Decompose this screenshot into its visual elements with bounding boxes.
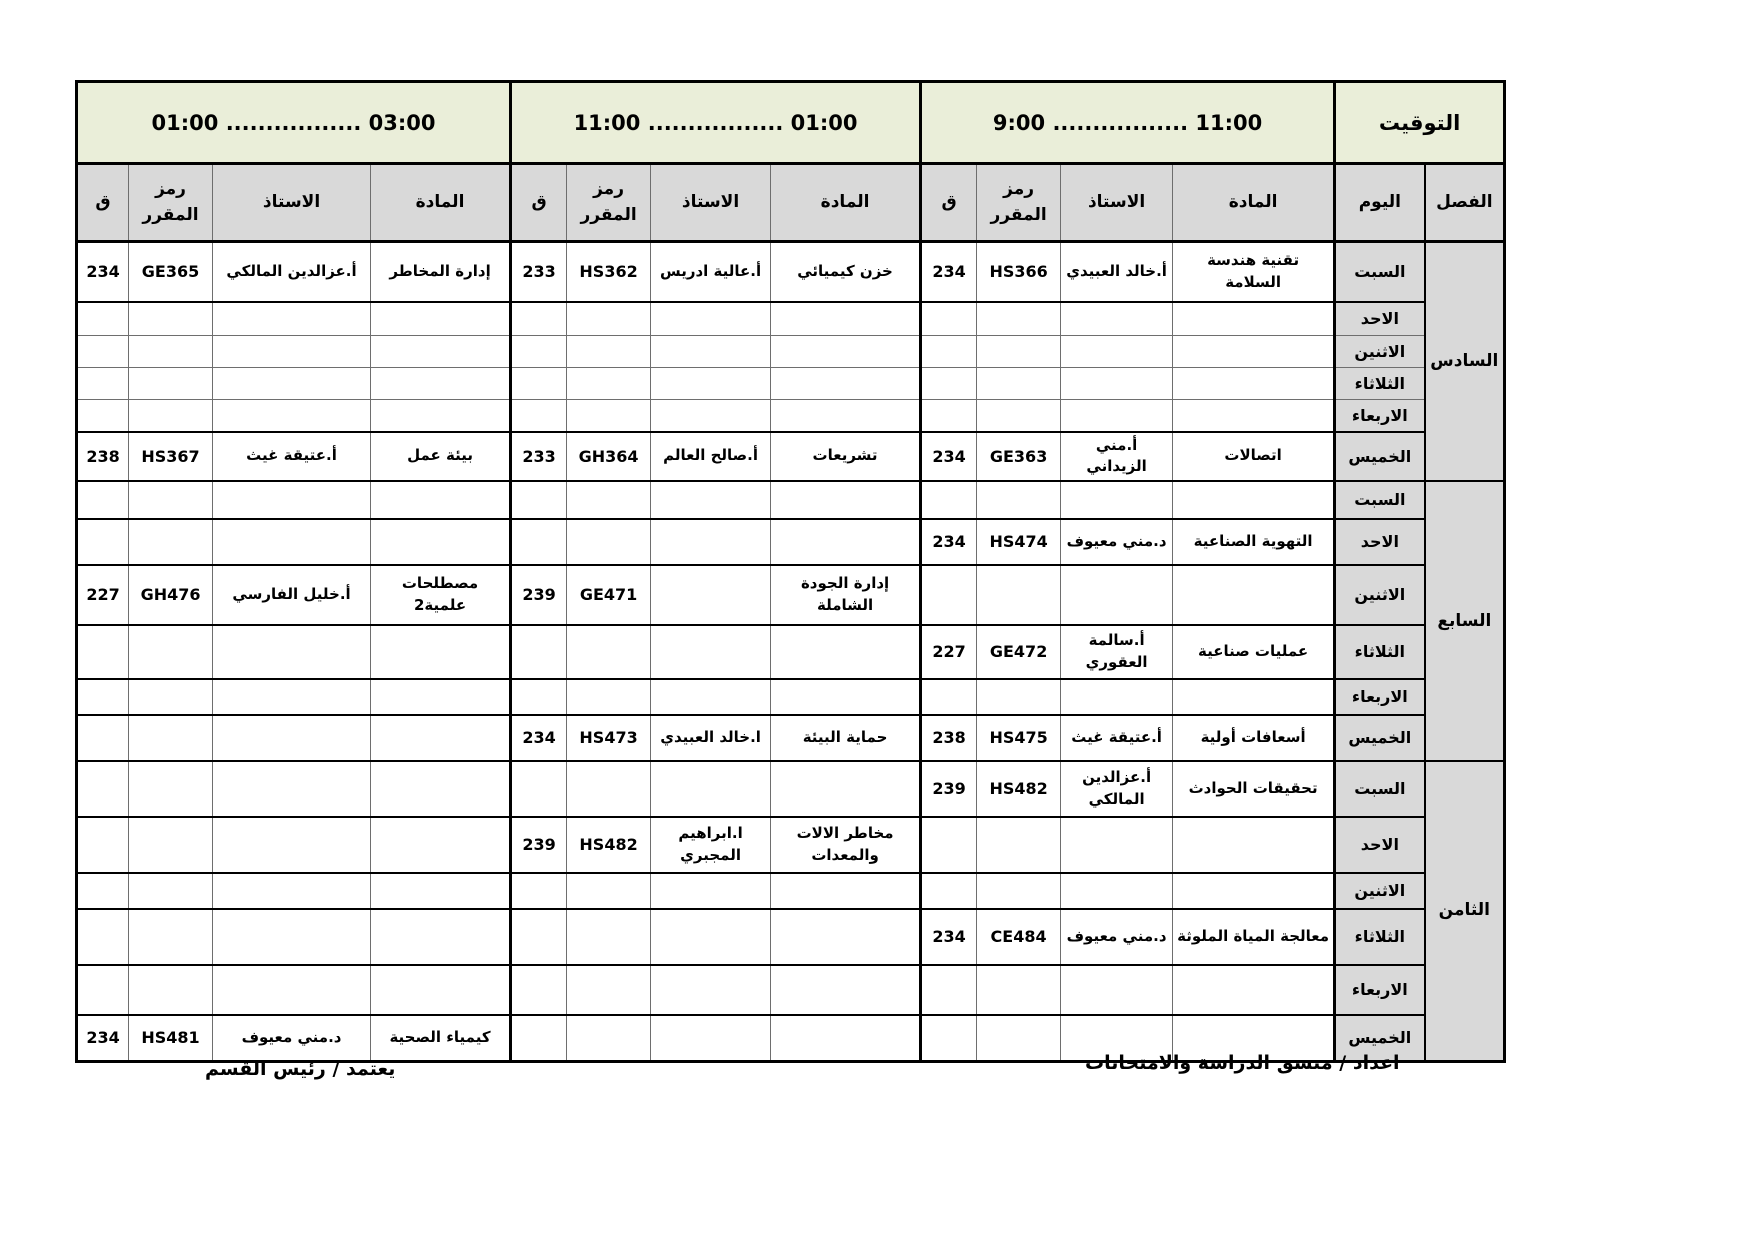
instructor-cell [651,873,771,909]
instructor-cell [213,679,371,715]
room-cell: 227 [921,625,977,679]
room-cell [511,873,567,909]
instructor-cell: ا.ابراهيم المجبري [651,817,771,873]
day-cell: السبت [1335,761,1425,817]
subject-cell: بيئة عمل [371,432,511,482]
time-block-3-label: 03:00 ................. 01:00 [152,111,436,135]
instructor-column-header: الاستاذ [651,164,771,242]
instructor-cell [213,336,371,368]
room-cell: 234 [921,909,977,965]
subject-cell [1173,679,1335,715]
room-cell [511,302,567,336]
course-code-cell [567,519,651,565]
course-code-cell: HS481 [129,1015,213,1061]
day-column-header: اليوم [1335,164,1425,242]
subject-cell [1173,565,1335,625]
subject-cell: حماية البيئة [771,715,921,761]
day-cell: الاثنين [1335,336,1425,368]
instructor-cell [213,368,371,400]
course-code-cell [129,715,213,761]
course-code-cell [977,965,1061,1015]
subject-cell [371,400,511,432]
subject-cell [371,302,511,336]
room-cell [921,302,977,336]
subject-cell: اتصالات [1173,432,1335,482]
instructor-cell [1061,965,1173,1015]
room-cell [511,625,567,679]
subject-cell [771,625,921,679]
instructor-cell [1061,679,1173,715]
subject-cell [1173,965,1335,1015]
room-cell [921,679,977,715]
room-cell [511,519,567,565]
prepared-by-footer: اعداد / منسق الدراسة والامتحانات [1085,1052,1400,1074]
subject-cell [771,481,921,519]
subject-cell [371,965,511,1015]
subject-cell [371,679,511,715]
course-code-cell [977,1015,1061,1061]
course-code-cell: HS474 [977,519,1061,565]
schedule-row: الثامنالسبتتحقيقات الحوادثأ.عزالدين الما… [77,761,1505,817]
instructor-cell: أ.عزالدين المالكي [213,242,371,302]
course-code-cell [567,761,651,817]
course-code-cell [567,481,651,519]
course-code-cell [567,368,651,400]
room-cell [511,761,567,817]
semester-cell: السادس [1425,242,1505,482]
subject-cell: كيمياء الصحية [371,1015,511,1061]
room-cell [77,909,129,965]
course-code-cell: HS482 [977,761,1061,817]
instructor-cell [651,625,771,679]
subject-cell: مصطلحات علمية2 [371,565,511,625]
schedule-row: الاثنين [77,873,1505,909]
schedule-row: الاربعاء [77,679,1505,715]
instructor-cell [213,715,371,761]
instructor-cell [651,761,771,817]
room-cell [77,368,129,400]
instructor-cell: أ.عالية ادريس [651,242,771,302]
room-cell: 233 [511,242,567,302]
room-cell [511,909,567,965]
instructor-cell [213,400,371,432]
room-cell [511,336,567,368]
subject-cell [1173,302,1335,336]
day-cell: الاحد [1335,302,1425,336]
room-cell: 227 [77,565,129,625]
schedule-row: الاربعاء [77,965,1505,1015]
room-column-header: ق [921,164,977,242]
course-code-cell [129,965,213,1015]
subject-cell [1173,873,1335,909]
course-code-cell [129,368,213,400]
instructor-cell [651,302,771,336]
instructor-cell [213,909,371,965]
course-code-cell: HS367 [129,432,213,482]
room-cell [921,336,977,368]
room-cell [921,368,977,400]
room-cell [77,302,129,336]
room-cell [921,873,977,909]
timetable: التوقيت 11:00 ................. 9:00 01:… [75,80,1506,1063]
course-code-cell [567,625,651,679]
instructor-cell: أ.خالد العبيدي [1061,242,1173,302]
instructor-cell: أ.مني الزيداني [1061,432,1173,482]
course-code-cell [129,519,213,565]
instructor-cell [1061,481,1173,519]
subject-column-header: المادة [1173,164,1335,242]
room-cell: 234 [77,1015,129,1061]
room-cell: 238 [921,715,977,761]
room-cell: 239 [511,565,567,625]
instructor-cell [651,336,771,368]
approval-footer: يعتمد / رئيس القسم [205,1058,395,1080]
semester-column-header: الفصل [1425,164,1505,242]
instructor-cell: أ.عزالدين المالكي [1061,761,1173,817]
schedule-row: الاحدمخاطر الالات والمعداتا.ابراهيم المج… [77,817,1505,873]
subject-cell [771,400,921,432]
room-cell [921,817,977,873]
course-code-cell: HS475 [977,715,1061,761]
course-code-cell [129,873,213,909]
semester-cell: الثامن [1425,761,1505,1061]
day-cell: الخميس [1335,715,1425,761]
room-cell [511,679,567,715]
instructor-cell [651,368,771,400]
instructor-cell [1061,302,1173,336]
instructor-cell: أ.صالح العالم [651,432,771,482]
subject-column-header: المادة [771,164,921,242]
room-column-header: ق [77,164,129,242]
day-cell: الثلاثاء [1335,625,1425,679]
timetable-header: التوقيت 11:00 ................. 9:00 01:… [77,82,1505,242]
subject-cell [371,761,511,817]
subject-cell [371,873,511,909]
day-cell: الاربعاء [1335,679,1425,715]
course-code-cell: GE365 [129,242,213,302]
instructor-cell: د.مني معيوف [1061,909,1173,965]
room-cell: 238 [77,432,129,482]
room-cell: 234 [921,432,977,482]
subject-cell [771,1015,921,1061]
course-code-cell [567,965,651,1015]
subject-cell [1173,368,1335,400]
instructor-cell [1061,817,1173,873]
instructor-cell [651,481,771,519]
semester-cell: السابع [1425,481,1505,761]
day-cell: الاربعاء [1335,400,1425,432]
room-cell [921,1015,977,1061]
schedule-row: الاثنين [77,336,1505,368]
subject-cell [371,909,511,965]
course-code-cell [977,368,1061,400]
day-cell: الاثنين [1335,565,1425,625]
subject-cell [771,368,921,400]
course-code-cell [129,400,213,432]
subject-cell: عمليات صناعية [1173,625,1335,679]
subject-cell [771,519,921,565]
course-code-cell: GH364 [567,432,651,482]
room-cell [511,400,567,432]
room-cell: 234 [77,242,129,302]
instructor-column-header: الاستاذ [1061,164,1173,242]
course-code-cell [129,761,213,817]
course-code-cell [567,400,651,432]
subject-cell [371,519,511,565]
course-code-cell [977,817,1061,873]
day-cell: الاحد [1335,817,1425,873]
instructor-cell: أ.سالمة العقوري [1061,625,1173,679]
course-code-cell [129,481,213,519]
time-block-1-label: 11:00 ................. 9:00 [993,111,1262,135]
room-cell [77,519,129,565]
room-cell: 239 [511,817,567,873]
schedule-row: الثلاثاءعمليات صناعيةأ.سالمة العقوريGE47… [77,625,1505,679]
subject-cell [371,715,511,761]
column-header-row: الفصل اليوم المادة الاستاذ رمز المقرر ق … [77,164,1505,242]
instructor-cell [213,302,371,336]
course-code-column-header: رمز المقرر [567,164,651,242]
subject-cell [1173,817,1335,873]
course-code-cell [567,873,651,909]
room-cell [77,761,129,817]
instructor-column-header: الاستاذ [213,164,371,242]
schedule-row: السادسالسبتتقنية هندسة السلامةأ.خالد الع… [77,242,1505,302]
subject-cell [771,873,921,909]
course-code-cell [129,302,213,336]
subject-cell: تحقيقات الحوادث [1173,761,1335,817]
course-code-cell: GE363 [977,432,1061,482]
course-code-cell [977,336,1061,368]
instructor-cell [213,519,371,565]
subject-cell [1173,336,1335,368]
day-cell: الاحد [1335,519,1425,565]
instructor-cell: د.مني معيوف [213,1015,371,1061]
instructor-cell [213,481,371,519]
subject-cell: معالجة المياة الملوثة [1173,909,1335,965]
course-code-cell: CE484 [977,909,1061,965]
instructor-cell [651,565,771,625]
subject-cell [371,625,511,679]
day-cell: الاثنين [1335,873,1425,909]
room-cell [511,481,567,519]
course-code-cell [129,336,213,368]
subject-cell [371,336,511,368]
course-code-cell [567,909,651,965]
instructor-cell [213,761,371,817]
subject-cell [371,368,511,400]
subject-cell: أسعافات أولية [1173,715,1335,761]
room-cell [77,817,129,873]
day-cell: الثلاثاء [1335,368,1425,400]
room-cell: 234 [921,242,977,302]
course-code-cell: HS473 [567,715,651,761]
schedule-row: الاربعاء [77,400,1505,432]
subject-cell: تقنية هندسة السلامة [1173,242,1335,302]
instructor-cell [213,817,371,873]
timing-header-cell: التوقيت [1335,82,1505,164]
course-code-cell: HS482 [567,817,651,873]
room-column-header: ق [511,164,567,242]
subject-cell: إدارة الجودة الشاملة [771,565,921,625]
course-code-cell [129,625,213,679]
instructor-cell [1061,873,1173,909]
schedule-row: الثلاثاءمعالجة المياة الملوثةد.مني معيوف… [77,909,1505,965]
course-code-cell [977,400,1061,432]
room-cell: 234 [921,519,977,565]
day-cell: السبت [1335,481,1425,519]
course-code-cell: HS366 [977,242,1061,302]
course-code-cell [977,873,1061,909]
instructor-cell [651,965,771,1015]
instructor-cell: د.مني معيوف [1061,519,1173,565]
room-cell [77,625,129,679]
schedule-row: الخميسأسعافات أوليةأ.عتيقة غيثHS475238حم… [77,715,1505,761]
instructor-cell: أ.خليل الفارسي [213,565,371,625]
day-cell: السبت [1335,242,1425,302]
course-code-cell [567,679,651,715]
room-cell [77,715,129,761]
instructor-cell [213,625,371,679]
course-code-cell [977,481,1061,519]
course-code-cell [977,302,1061,336]
subject-cell [771,302,921,336]
subject-cell [771,761,921,817]
subject-cell [1173,400,1335,432]
room-cell: 234 [511,715,567,761]
subject-cell [771,679,921,715]
schedule-row: الاحد [77,302,1505,336]
instructor-cell [1061,368,1173,400]
timetable-body: السادسالسبتتقنية هندسة السلامةأ.خالد الع… [77,242,1505,1062]
course-code-cell [129,679,213,715]
schedule-row: الثلاثاء [77,368,1505,400]
room-cell [921,481,977,519]
room-cell [77,400,129,432]
subject-cell [371,481,511,519]
room-cell [77,873,129,909]
room-cell [511,368,567,400]
course-code-cell: GE472 [977,625,1061,679]
room-cell [77,481,129,519]
time-header-row: التوقيت 11:00 ................. 9:00 01:… [77,82,1505,164]
instructor-cell: أ.عتيقة غيث [213,432,371,482]
course-code-cell [567,1015,651,1061]
instructor-cell: أ.عتيقة غيث [1061,715,1173,761]
room-cell: 239 [921,761,977,817]
room-cell [77,965,129,1015]
course-code-cell [567,302,651,336]
room-cell [511,965,567,1015]
instructor-cell [213,965,371,1015]
subject-cell: تشريعات [771,432,921,482]
instructor-cell [651,909,771,965]
course-code-column-header: رمز المقرر [977,164,1061,242]
instructor-cell [651,400,771,432]
course-code-cell: GE471 [567,565,651,625]
course-code-cell [567,336,651,368]
instructor-cell [1061,400,1173,432]
instructor-cell [1061,565,1173,625]
subject-cell: خزن كيميائي [771,242,921,302]
instructor-cell: ا.خالد العبيدي [651,715,771,761]
course-code-cell [129,909,213,965]
course-code-cell: HS362 [567,242,651,302]
schedule-row: السابعالسبت [77,481,1505,519]
time-block-2-label: 01:00 ................. 11:00 [574,111,858,135]
course-code-cell: GH476 [129,565,213,625]
course-code-cell [977,679,1061,715]
course-code-cell [129,817,213,873]
room-cell [921,400,977,432]
schedule-sheet: التوقيت 11:00 ................. 9:00 01:… [0,0,1755,1240]
day-cell: الاربعاء [1335,965,1425,1015]
schedule-row: الخميساتصالاتأ.مني الزيدانيGE363234تشريع… [77,432,1505,482]
subject-cell [1173,481,1335,519]
instructor-cell [1061,336,1173,368]
schedule-row: الاحدالتهوية الصناعيةد.مني معيوفHS474234 [77,519,1505,565]
schedule-row: الاثنينإدارة الجودة الشاملةGE471239مصطلح… [77,565,1505,625]
instructor-cell [651,1015,771,1061]
room-cell [77,679,129,715]
subject-cell [771,336,921,368]
instructor-cell [213,873,371,909]
subject-column-header: المادة [371,164,511,242]
course-code-cell [977,565,1061,625]
instructor-cell [651,519,771,565]
room-cell [511,1015,567,1061]
room-cell [921,565,977,625]
subject-cell [371,817,511,873]
subject-cell: إدارة المخاطر [371,242,511,302]
subject-cell [771,965,921,1015]
day-cell: الثلاثاء [1335,909,1425,965]
room-cell [77,336,129,368]
instructor-cell [651,679,771,715]
day-cell: الخميس [1335,432,1425,482]
room-cell [921,965,977,1015]
subject-cell: مخاطر الالات والمعدات [771,817,921,873]
subject-cell: التهوية الصناعية [1173,519,1335,565]
course-code-column-header: رمز المقرر [129,164,213,242]
room-cell: 233 [511,432,567,482]
subject-cell [771,909,921,965]
